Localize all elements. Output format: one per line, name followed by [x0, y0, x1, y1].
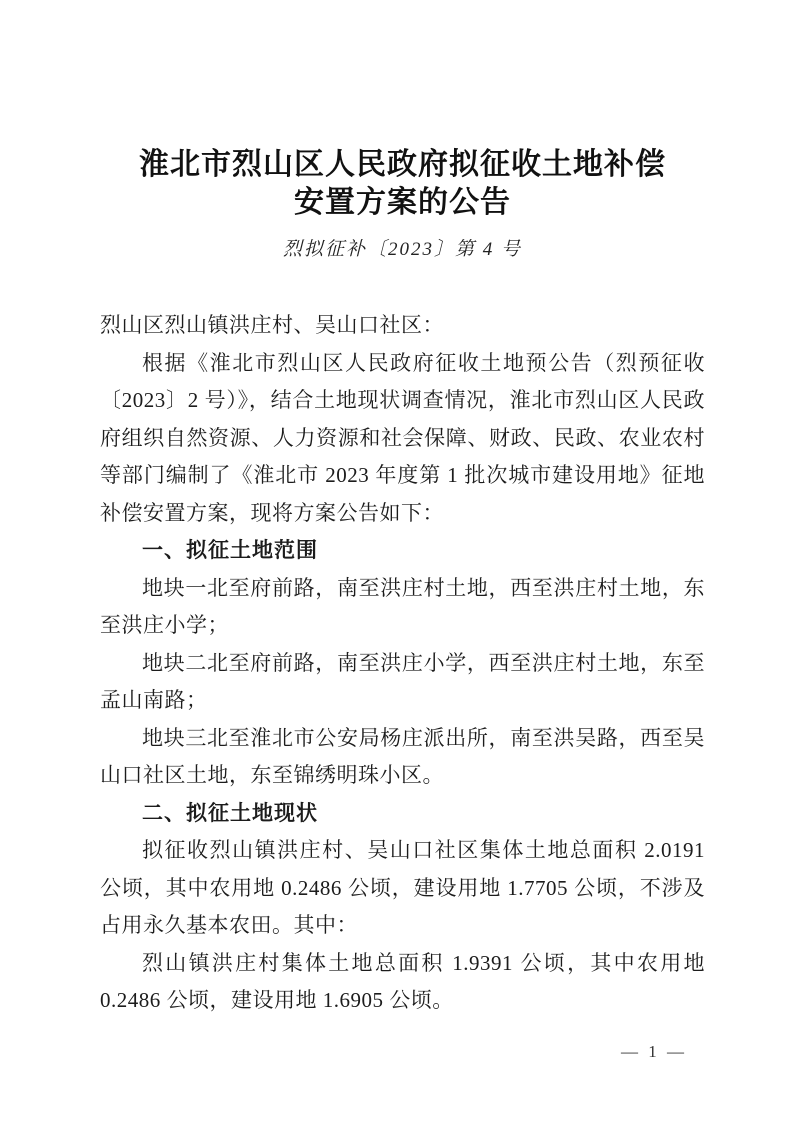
document-title: 淮北市烈山区人民政府拟征收土地补偿安置方案的公告 [100, 146, 705, 222]
intro-paragraph: 根据《淮北市烈山区人民政府征收土地预公告（烈预征收〔2023〕2 号）》，结合土… [100, 345, 705, 533]
section-heading-1: 一、拟征土地范围 [100, 532, 705, 570]
section-heading-2: 二、拟征土地现状 [100, 795, 705, 833]
section-1-paragraph-1: 地块一北至府前路，南至洪庄村土地，西至洪庄村土地，东至洪庄小学； [100, 570, 705, 645]
section-1-paragraph-3: 地块三北至淮北市公安局杨庄派出所，南至洪吴路，西至吴山口社区土地，东至锦绣明珠小… [100, 720, 705, 795]
document-page: 淮北市烈山区人民政府拟征收土地补偿安置方案的公告 烈拟征补〔2023〕第 4 号… [0, 0, 793, 1122]
salutation: 烈山区烈山镇洪庄村、吴山口社区： [100, 307, 705, 345]
title-line-2: 安置方案的公告 [294, 186, 511, 219]
section-1-paragraph-2: 地块二北至府前路，南至洪庄小学，西至洪庄村土地，东至孟山南路； [100, 645, 705, 720]
document-content: 淮北市烈山区人民政府拟征收土地补偿安置方案的公告 烈拟征补〔2023〕第 4 号… [0, 0, 793, 1020]
title-line-1: 淮北市烈山区人民政府拟征收土地补偿 [139, 148, 666, 181]
section-2-paragraph-1: 拟征收烈山镇洪庄村、吴山口社区集体土地总面积 2.0191 公顷，其中农用地 0… [100, 832, 705, 945]
document-body: 烈山区烈山镇洪庄村、吴山口社区： 根据《淮北市烈山区人民政府征收土地预公告（烈预… [100, 307, 705, 1020]
page-number: — 1 — [621, 1042, 687, 1062]
section-2-paragraph-2: 烈山镇洪庄村集体土地总面积 1.9391 公顷，其中农用地 0.2486 公顷，… [100, 945, 705, 1020]
document-number: 烈拟征补〔2023〕第 4 号 [100, 234, 705, 261]
